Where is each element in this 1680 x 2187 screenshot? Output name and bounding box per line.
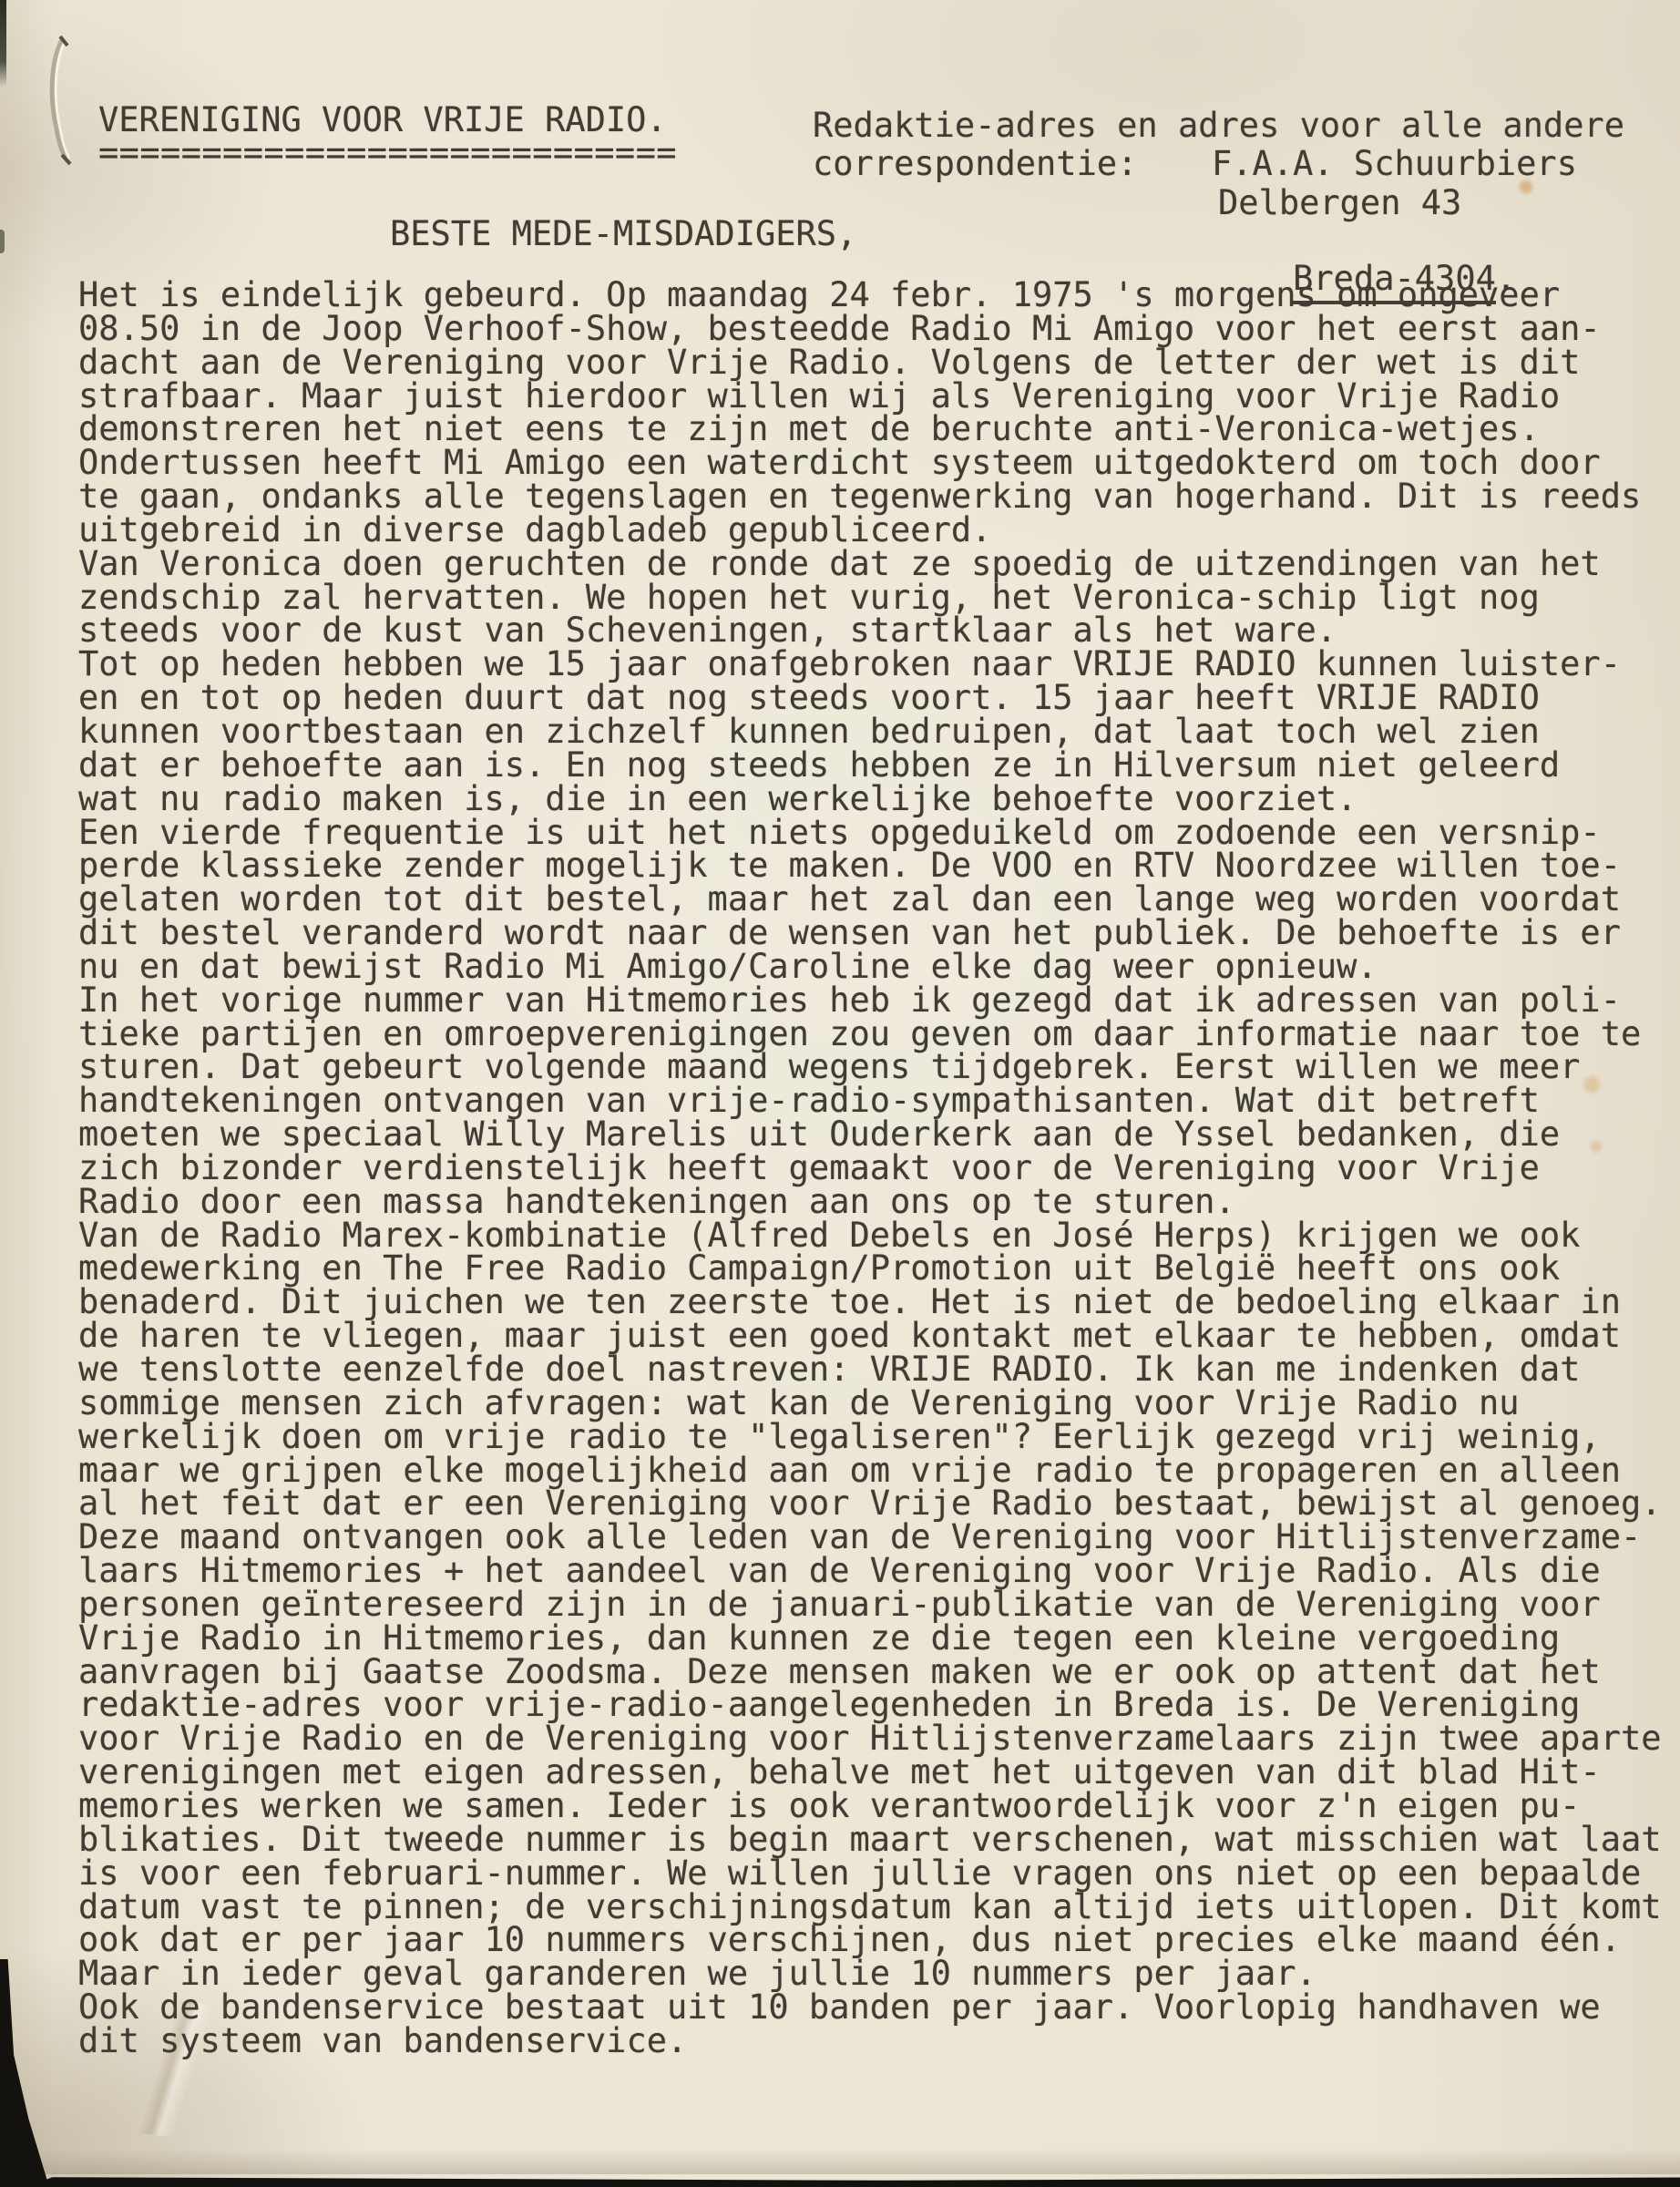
body-line: Een vierde frequentie is uit het niets o… <box>78 816 1680 850</box>
scanner-edge-shadow <box>0 0 6 87</box>
redaktie-address-intro: Redaktie-adres en adres voor alle andere <box>813 108 1624 144</box>
body-line: In het vorige nummer van Hitmemories heb… <box>78 984 1680 1018</box>
scanner-edge-mark <box>0 230 5 253</box>
body-line: Maar in ieder geval garanderen we jullie… <box>78 1957 1680 1991</box>
body-line: al het feit dat er een Vereniging voor V… <box>78 1487 1680 1521</box>
body-line: werkelijk doen om vrije radio te "legali… <box>78 1421 1680 1454</box>
body-line: perde klassieke zender mogelijk te maken… <box>78 849 1680 883</box>
body-line: benaderd. Dit juichen we ten zeerste toe… <box>78 1286 1680 1319</box>
body-line: strafbaar. Maar juist hierdoor willen wi… <box>78 380 1680 414</box>
body-line: wat nu radio maken is, die in een werkel… <box>78 783 1680 816</box>
body-line: blikaties. Dit tweede nummer is begin ma… <box>78 1823 1680 1857</box>
body-line: ook dat er per jaar 10 nummers verschijn… <box>78 1924 1680 1957</box>
body-line: gelaten worden tot dit bestel, maar het … <box>78 883 1680 917</box>
body-line: dacht aan de Vereniging voor Vrije Radio… <box>78 346 1680 380</box>
redaktie-contact-name: F.A.A. Schuurbiers <box>1212 146 1577 182</box>
body-line: demonstreren het niet eens te zijn met d… <box>78 413 1680 447</box>
body-line: dit bestel veranderd wordt naar de wense… <box>78 917 1680 950</box>
body-line: 08.50 in de Joop Verhoof-Show, besteedde… <box>78 313 1680 346</box>
body-line: Vrije Radio in Hitmemories, dan kunnen z… <box>78 1622 1680 1656</box>
body-line: nu en dat bewijst Radio Mi Amigo/Carolin… <box>78 950 1680 984</box>
body-line: zich bizonder verdienstelijk heeft gemaa… <box>78 1152 1680 1186</box>
salutation: BESTE MEDE-MISDADIGERS, <box>390 216 856 252</box>
body-line: Radio door een massa handtekeningen aan … <box>78 1186 1680 1219</box>
body-line: sommige mensen zich afvragen: wat kan de… <box>78 1387 1680 1421</box>
body-line: medewerking en The Free Radio Campaign/P… <box>78 1252 1680 1286</box>
body-line: datum vast te pinnen; de verschijningsda… <box>78 1891 1680 1925</box>
body-line: Deze maand ontvangen ook alle leden van … <box>78 1521 1680 1555</box>
body-text: Het is eindelijk gebeurd. Op maandag 24 … <box>78 279 1680 2059</box>
body-line: laars Hitmemories + het aandeel van de V… <box>78 1555 1680 1588</box>
body-line: Ondertussen heeft Mi Amigo een waterdich… <box>78 447 1680 480</box>
staple-mark-icon <box>46 33 82 169</box>
page-bottom-shadow <box>0 2149 1680 2174</box>
body-line: sturen. Dat gebeurt volgende maand wegen… <box>78 1051 1680 1084</box>
body-line: we tenslotte eenzelfde doel nastreven: V… <box>78 1353 1680 1387</box>
scanner-bottom-background <box>27 2173 1680 2187</box>
body-line: dat er behoefte aan is. En nog steeds he… <box>78 749 1680 783</box>
body-line: kunnen voortbestaan en zichzelf kunnen b… <box>78 715 1680 749</box>
body-line: personen geïntereseerd zijn in de januar… <box>78 1588 1680 1622</box>
body-line: uitgebreid in diverse dagbladeb gepublic… <box>78 514 1680 548</box>
body-line: Van Veronica doen geruchten de ronde dat… <box>78 548 1680 581</box>
redaktie-correspondentie-label: correspondentie: <box>813 146 1137 182</box>
body-line: tieke partijen en omroepverenigingen zou… <box>78 1018 1680 1052</box>
body-line: dit systeem van bandenservice. <box>78 2025 1680 2059</box>
redaktie-street: Delbergen 43 <box>1218 185 1461 221</box>
body-line: zendschip zal hervatten. We hopen het vu… <box>78 581 1680 615</box>
body-line: Ook de bandenservice bestaat uit 10 band… <box>78 1991 1680 2025</box>
body-line: de haren te vliegen, maar juist een goed… <box>78 1319 1680 1353</box>
scanned-letter-page: VERENIGING VOOR VRIJE RADIO. ===========… <box>0 0 1680 2187</box>
body-line: Het is eindelijk gebeurd. Op maandag 24 … <box>78 279 1680 313</box>
organization-title-underline: ============================ <box>98 135 677 171</box>
body-line: redaktie-adres voor vrije-radio-aangeleg… <box>78 1689 1680 1722</box>
body-line: Van de Radio Marex-kombinatie (Alfred De… <box>78 1219 1680 1253</box>
body-line: maar we grijpen elke mogelijkheid aan om… <box>78 1454 1680 1488</box>
body-line: handtekeningen ontvangen van vrije-radio… <box>78 1084 1680 1118</box>
body-line: Tot op heden hebben we 15 jaar onafgebro… <box>78 648 1680 682</box>
body-line: en en tot op heden duurt dat nog steeds … <box>78 682 1680 715</box>
body-line: aanvragen bij Gaatse Zoodsma. Deze mense… <box>78 1656 1680 1689</box>
body-line: verenigingen met eigen adressen, behalve… <box>78 1756 1680 1790</box>
body-line: is voor een februari-nummer. We willen j… <box>78 1857 1680 1891</box>
body-line: moeten we speciaal Willy Marelis uit Oud… <box>78 1118 1680 1152</box>
body-line: steeds voor de kust van Scheveningen, st… <box>78 614 1680 648</box>
body-line: memories werken we samen. Ieder is ook v… <box>78 1790 1680 1823</box>
body-line: te gaan, ondanks alle tegenslagen en teg… <box>78 480 1680 514</box>
body-line: voor Vrije Radio en de Vereniging voor H… <box>78 1722 1680 1756</box>
